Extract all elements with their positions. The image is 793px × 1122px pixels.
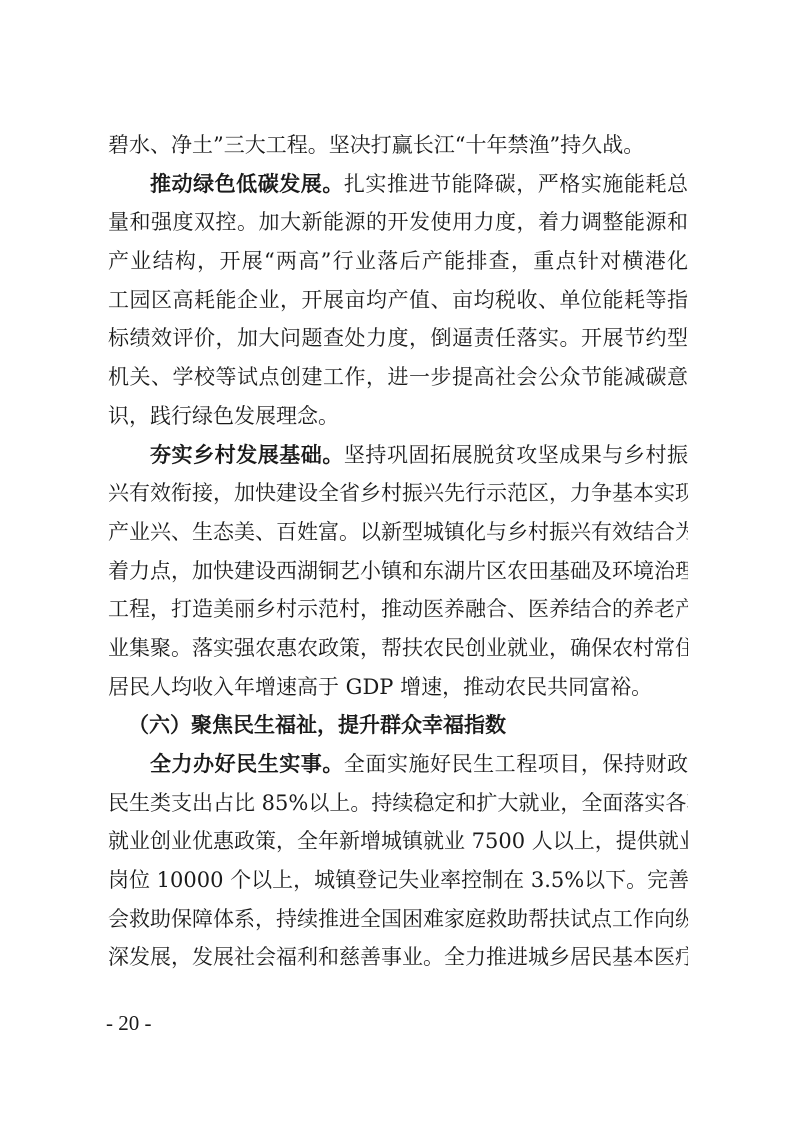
paragraph-lead: 推动绿色低碳发展。: [150, 172, 344, 196]
text-run: 扎实推进节能降碳，严格实施能耗总: [344, 172, 688, 196]
paragraph-first-line: 推动绿色低碳发展。扎实推进节能降碳，严格实施能耗总: [108, 165, 688, 204]
text-line: 产业结构，开展“两高”行业落后产能排查，重点针对横港化: [108, 242, 688, 281]
text-line: 岗位 10000 个以上，城镇登记失业率控制在 3.5%以下。完善社: [108, 861, 688, 900]
text-line: 标绩效评价，加大问题查处力度，倒逼责任落实。开展节约型: [108, 319, 688, 358]
section-heading: （六）聚焦民生福祉，提升群众幸福指数: [108, 706, 688, 745]
text-line: 业集聚。落实强农惠农政策，帮扶农民创业就业，确保农村常住: [108, 629, 688, 668]
text-line: 产业兴、生态美、百姓富。以新型城镇化与乡村振兴有效结合为: [108, 513, 688, 552]
text-line: 兴有效衔接，加快建设全省乡村振兴先行示范区，力争基本实现: [108, 474, 688, 513]
text-line: 工园区高耗能企业，开展亩均产值、亩均税收、单位能耗等指: [108, 281, 688, 320]
paragraph-first-line: 夯实乡村发展基础。坚持巩固拓展脱贫攻坚成果与乡村振: [108, 436, 688, 475]
paragraph-lead: 夯实乡村发展基础。: [150, 443, 344, 467]
document-page: 碧水、净土”三大工程。坚决打赢长江“十年禁渔”持久战。 推动绿色低碳发展。扎实推…: [108, 126, 688, 977]
text-line: 工程，打造美丽乡村示范村，推动医养融合、医养结合的养老产: [108, 590, 688, 629]
text-line: 碧水、净土”三大工程。坚决打赢长江“十年禁渔”持久战。: [108, 126, 688, 165]
paragraph-lead: 全力办好民生实事。: [150, 752, 344, 776]
text-line: 机关、学校等试点创建工作，进一步提高社会公众节能减碳意: [108, 358, 688, 397]
text-line: 量和强度双控。加大新能源的开发使用力度，着力调整能源和: [108, 203, 688, 242]
text-line: 就业创业优惠政策，全年新增城镇就业 7500 人以上，提供就业: [108, 822, 688, 861]
text-run: 坚持巩固拓展脱贫攻坚成果与乡村振: [344, 443, 688, 467]
text-line: 民生类支出占比 85%以上。持续稳定和扩大就业，全面落实各项: [108, 784, 688, 823]
paragraph-first-line: 全力办好民生实事。全面实施好民生工程项目，保持财政: [108, 745, 688, 784]
text-line: 识，践行绿色发展理念。: [108, 397, 688, 436]
text-line: 居民人均收入年增速高于 GDP 增速，推动农民共同富裕。: [108, 668, 688, 707]
text-line: 深发展，发展社会福利和慈善事业。全力推进城乡居民基本医疗: [108, 938, 688, 977]
text-run: 全面实施好民生工程项目，保持财政: [344, 752, 688, 776]
text-line: 会救助保障体系，持续推进全国困难家庭救助帮扶试点工作向纵: [108, 900, 688, 939]
page-number: - 20 -: [106, 1011, 152, 1036]
text-line: 着力点，加快建设西湖铜艺小镇和东湖片区农田基础及环境治理: [108, 552, 688, 591]
